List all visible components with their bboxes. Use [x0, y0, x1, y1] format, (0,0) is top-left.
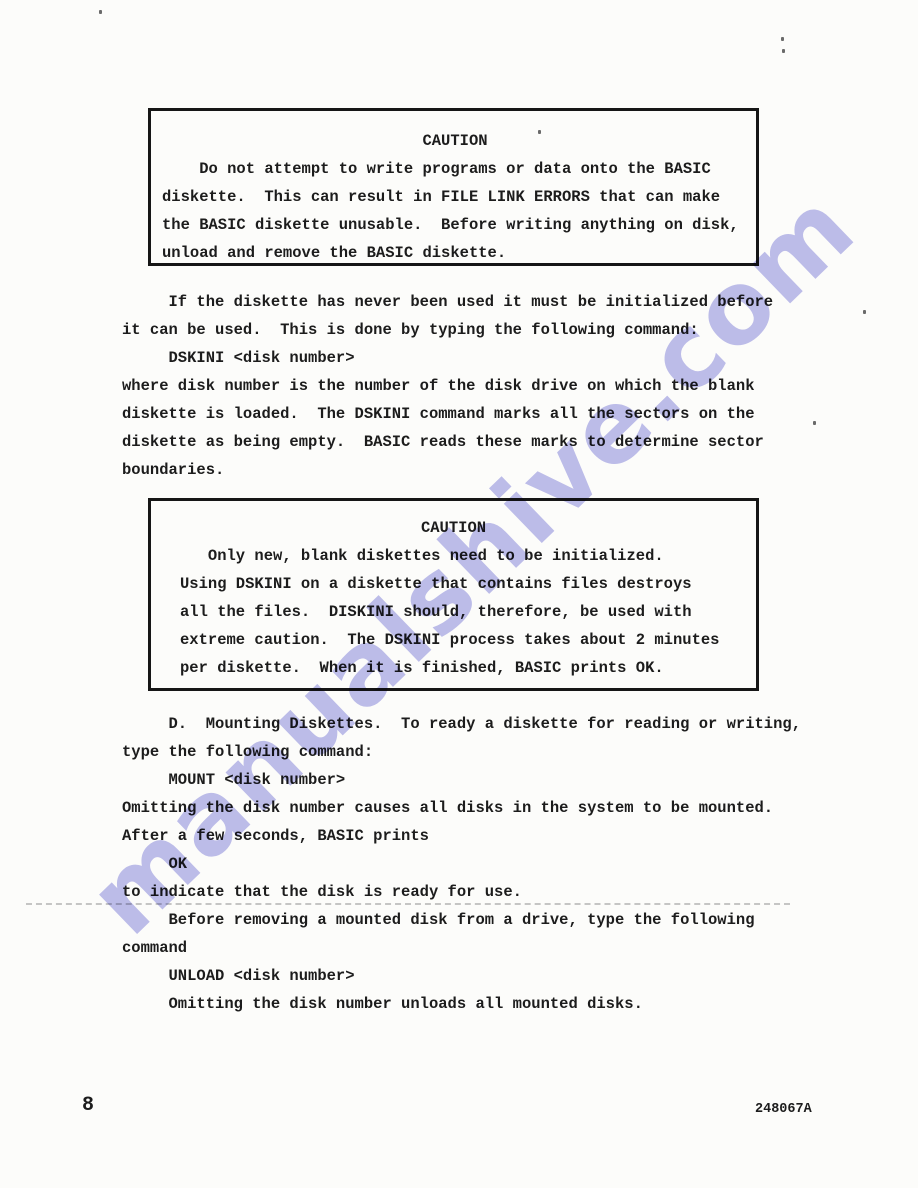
caution-box-1: CAUTION Do not attempt to write programs… — [148, 108, 759, 266]
text-line: command — [122, 934, 822, 962]
document-page: manualshive.com CAUTION Do not attempt t… — [0, 0, 918, 1188]
text-line: type the following command: — [122, 738, 822, 766]
text-line: boundaries. — [122, 456, 822, 484]
caution-box-2-title: CAUTION — [180, 514, 727, 542]
text-line: UNLOAD <disk number> — [122, 962, 822, 990]
text-line: Using DSKINI on a diskette that contains… — [180, 570, 748, 598]
text-line: the BASIC diskette unusable. Before writ… — [162, 211, 748, 239]
text-line: After a few seconds, BASIC prints — [122, 822, 822, 850]
text-line: OK — [122, 850, 822, 878]
text-line: extreme caution. The DSKINI process take… — [180, 626, 748, 654]
text-line: diskette. This can result in FILE LINK E… — [162, 183, 748, 211]
scan-artifact-line — [26, 903, 790, 905]
text-line: If the diskette has never been used it m… — [122, 288, 822, 316]
caution-box-1-title: CAUTION — [162, 127, 748, 155]
text-line: Do not attempt to write programs or data… — [162, 155, 748, 183]
caution-box-1-text: Do not attempt to write programs or data… — [162, 155, 748, 267]
text-line: it can be used. This is done by typing t… — [122, 316, 822, 344]
scan-speck — [99, 10, 102, 14]
scan-speck — [538, 130, 541, 134]
text-line: Omitting the disk number unloads all mou… — [122, 990, 822, 1018]
text-line: Before removing a mounted disk from a dr… — [122, 906, 822, 934]
text-line: all the files. DISKINI should, therefore… — [180, 598, 748, 626]
text-line: D. Mounting Diskettes. To ready a disket… — [122, 710, 822, 738]
caution-box-2: CAUTION Only new, blank diskettes need t… — [148, 498, 759, 691]
paragraph-initialization: If the diskette has never been used it m… — [122, 288, 822, 484]
text-line: DSKINI <disk number> — [122, 344, 822, 372]
text-line: unload and remove the BASIC diskette. — [162, 239, 748, 267]
text-line: per diskette. When it is finished, BASIC… — [180, 654, 748, 682]
text-line: diskette is loaded. The DSKINI command m… — [122, 400, 822, 428]
text-line: Only new, blank diskettes need to be ini… — [180, 542, 748, 570]
text-line: MOUNT <disk number> — [122, 766, 822, 794]
caution-box-2-text: Only new, blank diskettes need to be ini… — [180, 542, 748, 682]
document-code: 248067A — [755, 1096, 812, 1124]
text-line: to indicate that the disk is ready for u… — [122, 878, 822, 906]
paragraph-mounting: D. Mounting Diskettes. To ready a disket… — [122, 710, 822, 1018]
text-line: Omitting the disk number causes all disk… — [122, 794, 822, 822]
text-line: where disk number is the number of the d… — [122, 372, 822, 400]
scan-speck — [813, 421, 816, 425]
scan-speck — [782, 49, 785, 53]
text-line: diskette as being empty. BASIC reads the… — [122, 428, 822, 456]
page-number: 8 — [82, 1092, 94, 1120]
scan-speck — [863, 310, 866, 314]
scan-speck — [781, 37, 784, 41]
